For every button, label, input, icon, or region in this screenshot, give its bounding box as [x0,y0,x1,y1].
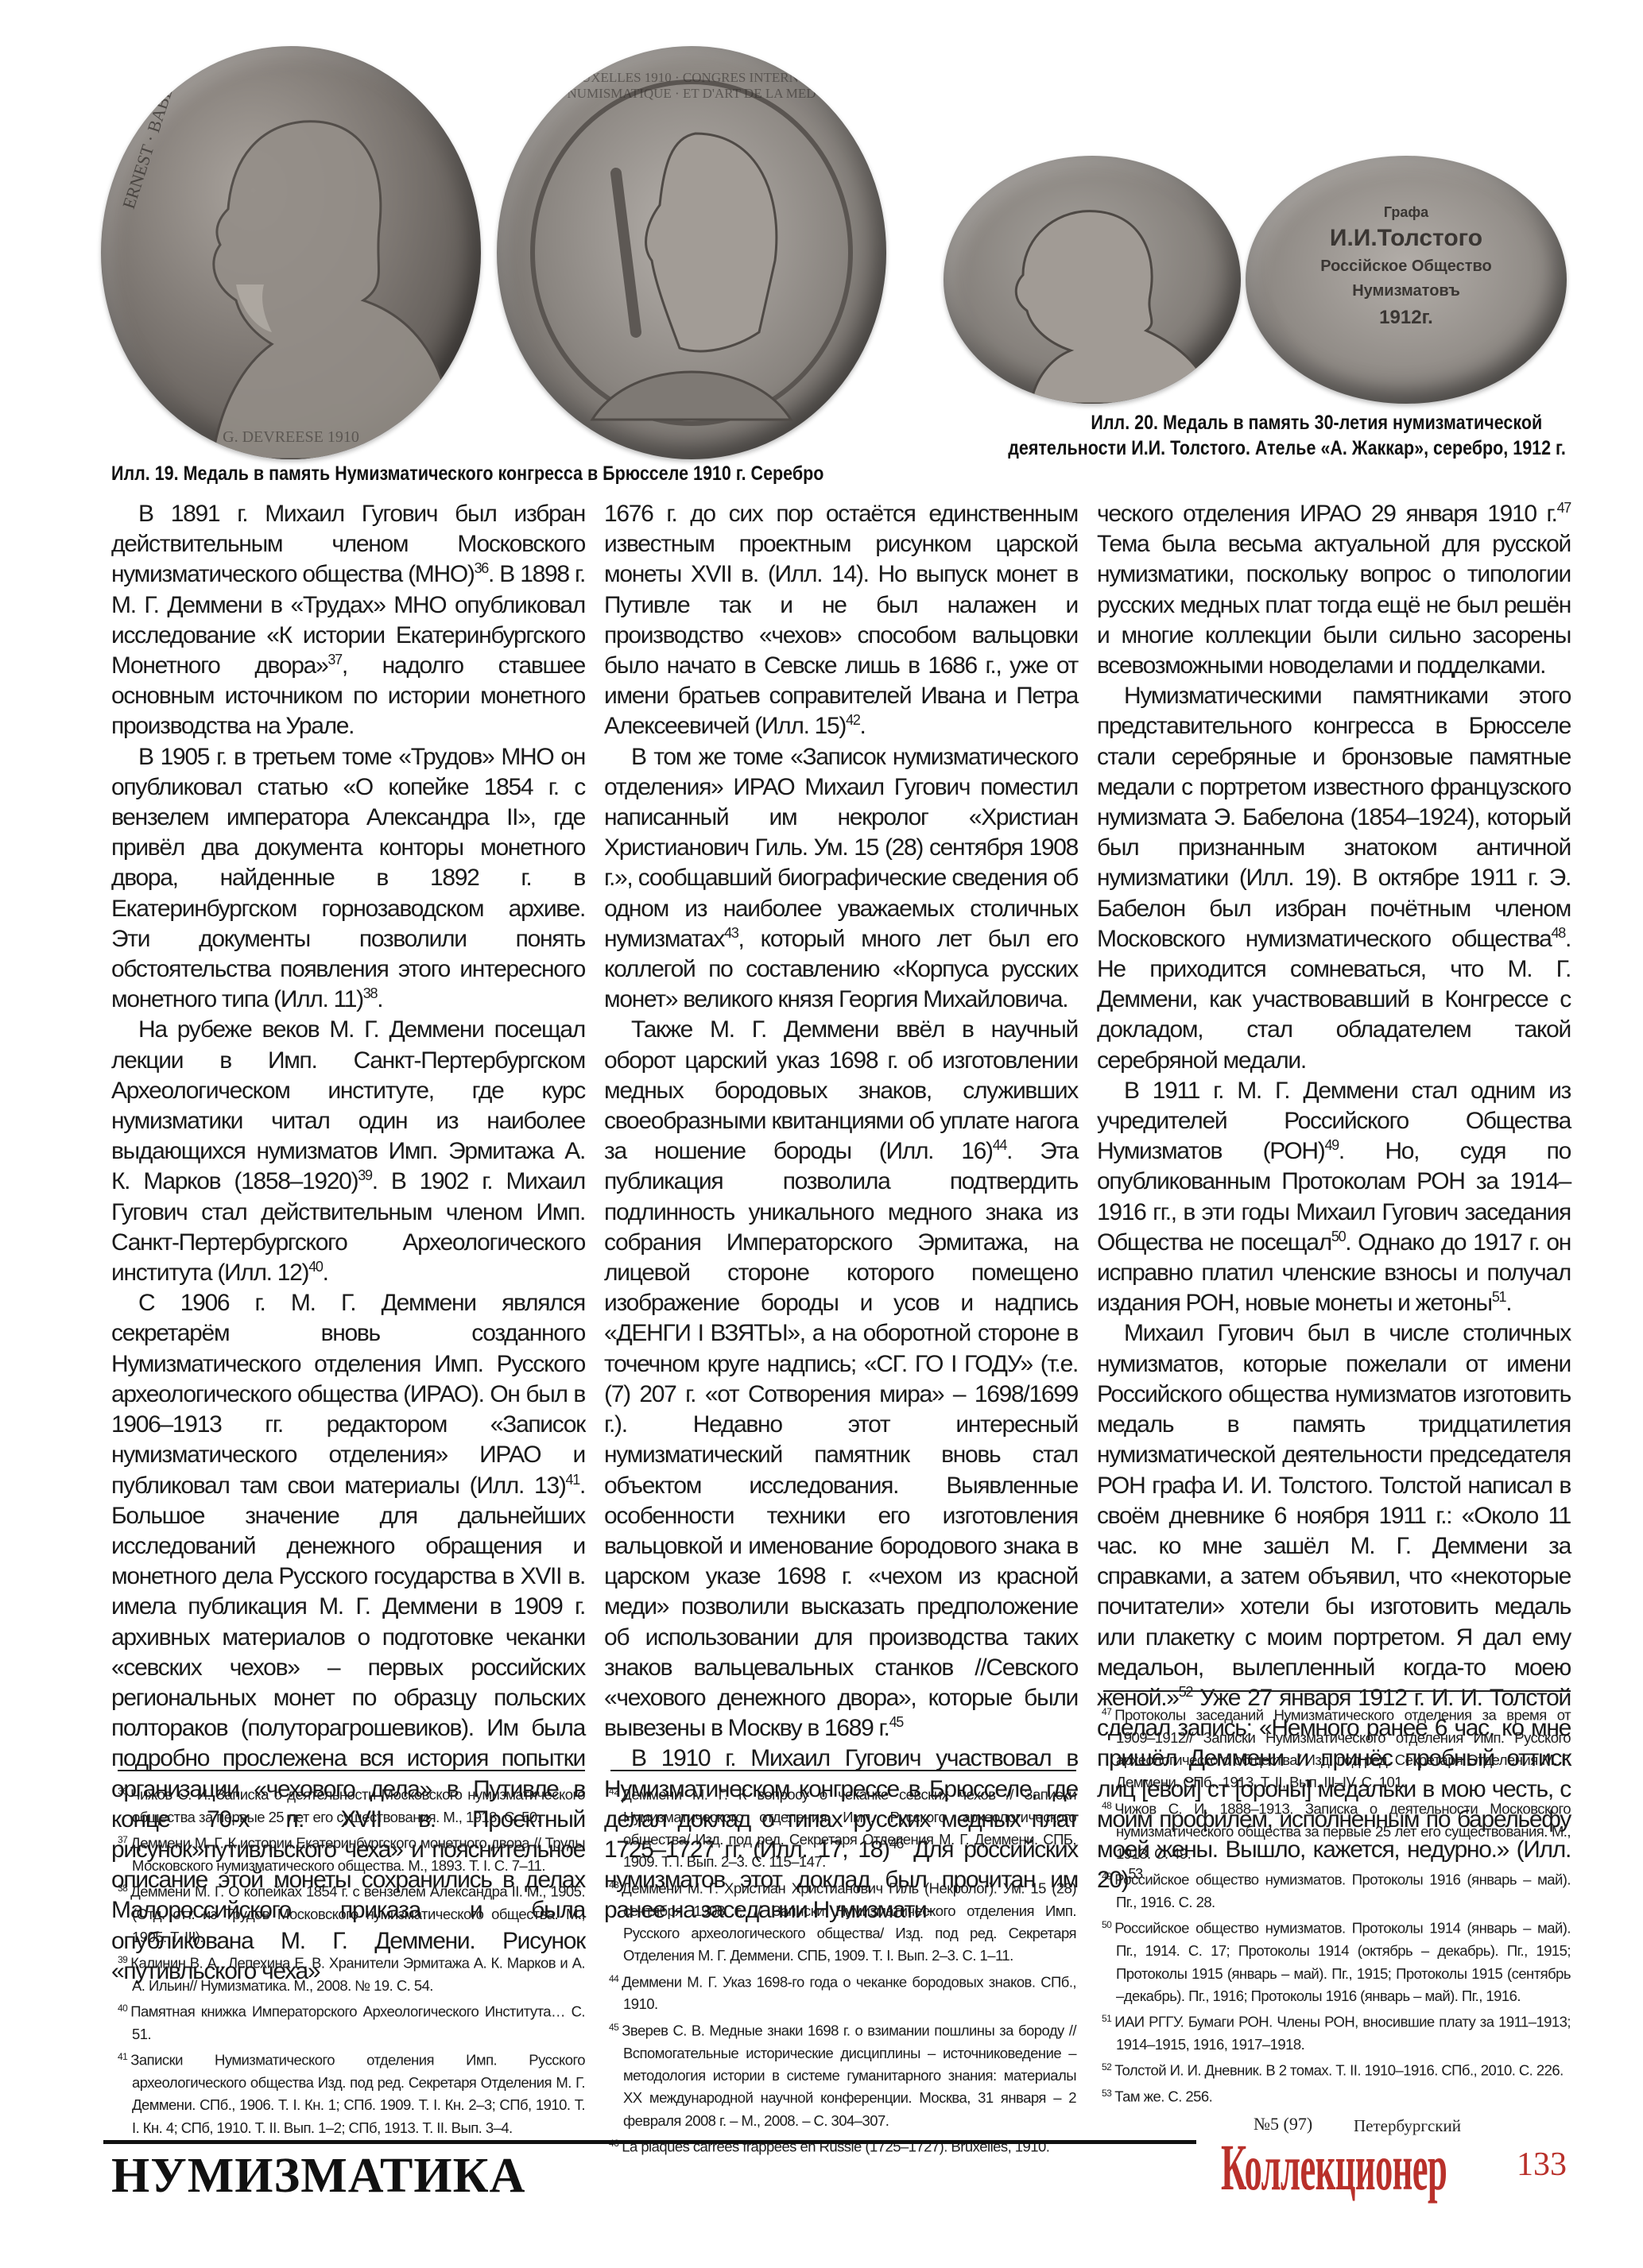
article-column-3: ческого отделения ИРАО 29 января 1910 г.… [1097,499,1571,1895]
footnote-divider-col2 [610,1770,1076,1771]
medal-babelon-obverse-image: G. DEVREESE 1910 ERNEST · BABELON · DE ·… [101,46,481,459]
caption-ill20-line1: Илл. 20. Медаль в память 30-летия нумизм… [1091,411,1542,435]
medal-reverse-line-3: Россiйское Общество [1246,254,1567,278]
paragraph: В 1891 г. Михаил Гугович был избран дейс… [111,499,585,742]
paragraph: В том же томе «Записок нумизматического … [604,742,1078,1016]
paragraph: На рубеже веков М. Г. Деммени посещал ле… [111,1015,585,1288]
footnote-46: 46La plaques carrees frappees en Russie … [609,2132,1076,2158]
tolstoy-portrait-icon [944,156,1241,404]
footnote-52: 52Толстой И. И. Дневник. В 2 томах. Т. I… [1102,2056,1571,2082]
section-title: НУМИЗМАТИКА [111,2148,525,2204]
footnote-36: 36Чижов С. И. Записка о деятельности Мос… [118,1780,585,1829]
footnote-53: 53Там же. С. 256. [1102,2082,1571,2108]
footnote-38: 38Деммени М. Г. О копейках 1854 г. с вен… [118,1877,585,1948]
paragraph: В 1911 г. М. Г. Деммени стал одним из уч… [1097,1076,1571,1319]
footnote-49: 49Российское общество нумизматов. Проток… [1102,1865,1571,1914]
footnote-43: 43Деммени М. Г. Христиан Христианович Ги… [609,1874,1076,1968]
medal-reverse-line-1: Графа [1246,202,1567,223]
paragraph: Также М. Г. Деммени ввёл в научный оборо… [604,1015,1078,1744]
medal-reverse-line-2: И.И.Толстого [1246,223,1567,254]
article-column-1: В 1891 г. Михаил Гугович был избран дейс… [111,499,585,1987]
footnote-45: 45Зверев С. В. Медные знаки 1698 г. о вз… [609,2016,1076,2132]
footnote-37: 37Деммени М. Г. К истории Екатеринбургск… [118,1829,585,1877]
footer-rule [103,2140,1196,2144]
footnote-51: 51ИАИ РГГУ. Бумаги РОН. Члены РОН, вноси… [1102,2007,1571,2056]
svg-text:G. DEVREESE 1910: G. DEVREESE 1910 [223,428,359,446]
medal-congress-legend: BRUXELLES 1910 · CONGRES INTERN · DE NUM… [544,70,847,102]
medal-reverse-line-5: 1912г. [1246,304,1567,332]
athena-helmet-icon [497,46,886,459]
page-number: 133 [1517,2146,1567,2184]
footnote-39: 39Калинин В. А., Лепехина Е. В. Хранител… [118,1949,585,1997]
footnote-divider-col1 [118,1770,585,1771]
medal-tolstoy-obverse-image [944,156,1241,404]
caption-ill19: Илл. 19. Медаль в память Нумизматическог… [111,462,823,486]
medal-reverse-line-4: Нумизматовъ [1246,278,1567,304]
paragraph: 1676 г. до сих пор остаётся единственным… [604,499,1078,742]
footnote-50: 50Российское общество нумизматов. Проток… [1102,1914,1571,2007]
publication-logo: Коллекционер [1221,2130,1447,2205]
medal-congress-reverse-image: BRUXELLES 1910 · CONGRES INTERN · DE NUM… [497,46,886,459]
footnotes-col3: 47Протоколы заседаний Нумизматического о… [1102,1701,1571,2108]
medal-tolstoy-reverse-image: Графа И.И.Толстого Россiйское Общество Н… [1246,156,1567,404]
paragraph: ческого отделения ИРАО 29 января 1910 г.… [1097,499,1571,681]
footnotes-col2: 42Деммени М. Г. К вопросу о чеканке севс… [609,1780,1076,2158]
footnote-47: 47Протоколы заседаний Нумизматического о… [1102,1701,1571,1794]
footnote-48: 48Чижов С. И. 1888–1913. Записка о деяте… [1102,1794,1571,1865]
footnote-40: 40Памятная книжка Императорского Археоло… [118,1997,585,2045]
footnote-41: 41Записки Нумизматического отделения Имп… [118,2045,585,2139]
footnote-42: 42Деммени М. Г. К вопросу о чеканке севс… [609,1780,1076,1874]
footnote-divider-col3 [1103,1690,1571,1692]
footnotes-col1: 36Чижов С. И. Записка о деятельности Мос… [118,1780,585,2139]
article-column-2: 1676 г. до сих пор остаётся единственным… [604,499,1078,1926]
paragraph: Нумизматическими памятниками этого предс… [1097,681,1571,1076]
footnote-44: 44Деммени М. Г. Указ 1698-го года о чека… [609,1968,1076,2016]
caption-ill20-line2: деятельности И.И. Толстого. Ателье «А. Ж… [1008,436,1566,461]
paragraph: В 1905 г. в третьем томе «Трудов» МНО он… [111,742,585,1016]
